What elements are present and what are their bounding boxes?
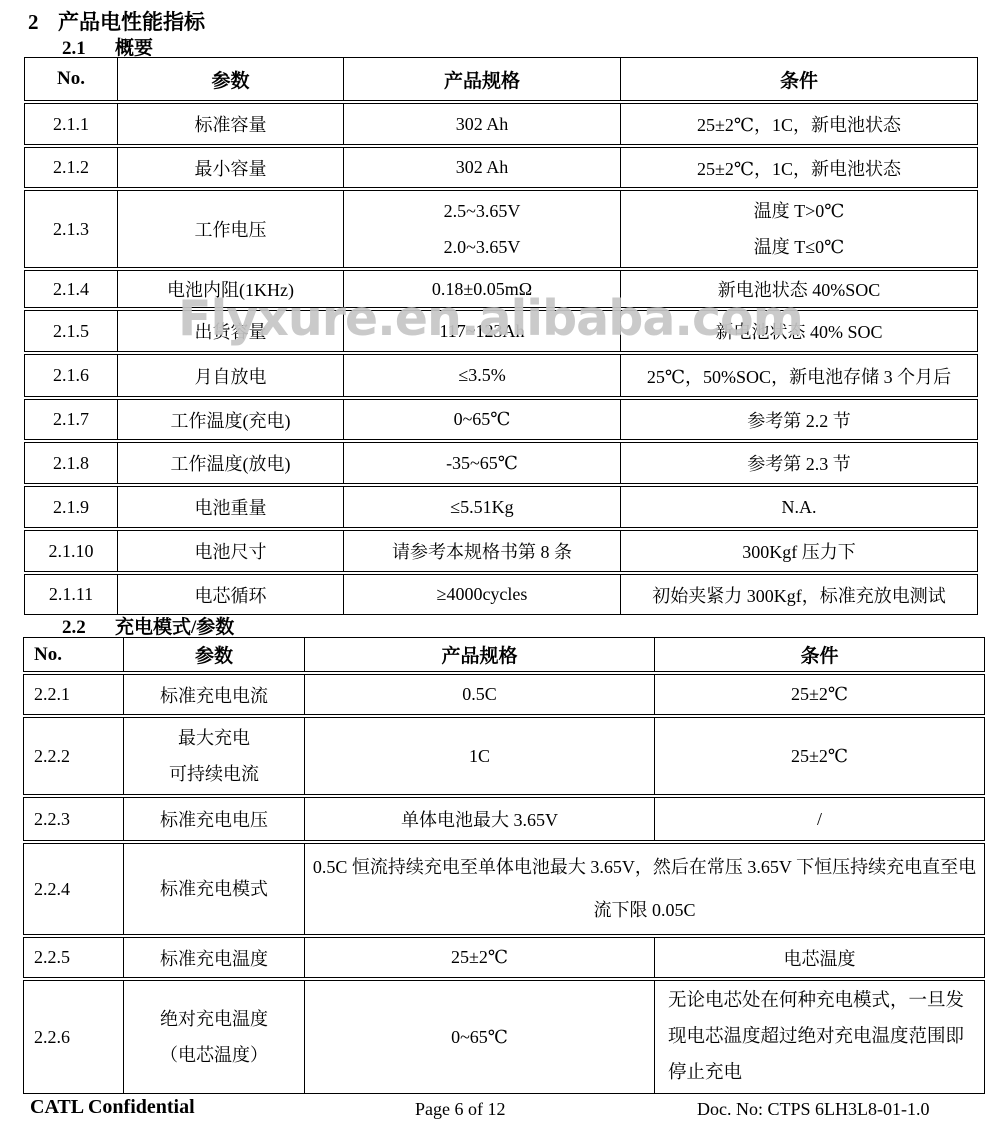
cell-cond: 25±2℃，1C，新电池状态 [621,147,978,188]
cell-no: 2.1.5 [24,310,118,352]
cell-param: 出货容量 [118,310,344,352]
cell-param: 月自放电 [118,354,344,397]
cell-cond: 25±2℃ [655,674,985,715]
cell-line: 最大充电 [129,720,299,756]
cell-cond: 电芯温度 [655,937,985,978]
cell-no: 2.2.4 [23,843,124,935]
cell-no: 2.2.5 [23,937,124,978]
summary-spec-table: No. 参数 产品规格 条件 2.1.1 标准容量 302 Ah 25±2℃，1… [24,55,978,617]
cell-param: 最小容量 [118,147,344,188]
column-header-spec: 产品规格 [305,637,655,672]
cell-line: 可持续电流 [129,756,299,792]
cell-no: 2.1.9 [24,486,118,528]
cell-spec: 1C [305,717,655,795]
cell-cond: 温度 T>0℃ 温度 T≤0℃ [621,190,978,268]
cell-spec: -35~65℃ [344,442,621,484]
cell-cond: 新电池状态 40% SOC [621,310,978,352]
cell-cond: 参考第 2.2 节 [621,399,978,440]
cell-param: 标准充电温度 [124,937,305,978]
cell-no: 2.2.6 [23,980,124,1094]
table-row: 2.1.1 标准容量 302 Ah 25±2℃，1C，新电池状态 [24,103,978,145]
cell-line: 2.0~3.65V [349,229,615,265]
cell-line: 2.5~3.65V [349,193,615,229]
cell-spec: 请参考本规格书第 8 条 [344,530,621,572]
cell-spec: 302 Ah [344,147,621,188]
column-header-param: 参数 [118,57,344,101]
table-row: 2.1.7 工作温度(充电) 0~65℃ 参考第 2.2 节 [24,399,978,440]
cell-spec: 25±2℃ [305,937,655,978]
cell-paragraph: 无论电芯处在何种充电模式，一旦发现电芯温度超过绝对充电温度范围即停止充电 [668,983,972,1091]
cell-cond: 25±2℃ [655,717,985,795]
cell-spec: 302 Ah [344,103,621,145]
cell-spec: 2.5~3.65V 2.0~3.65V [344,190,621,268]
cell-param: 标准充电模式 [124,843,305,935]
cell-no: 2.1.11 [24,574,118,615]
table-row: 2.1.2 最小容量 302 Ah 25±2℃，1C，新电池状态 [24,147,978,188]
cell-cond: 25±2℃，1C，新电池状态 [621,103,978,145]
cell-line: 温度 T≤0℃ [626,229,972,265]
cell-no: 2.2.3 [23,797,124,841]
cell-cond: N.A. [621,486,978,528]
cell-param: 电池尺寸 [118,530,344,572]
cell-param: 电芯循环 [118,574,344,615]
column-header-spec: 产品规格 [344,57,621,101]
cell-no: 2.2.1 [23,674,124,715]
column-header-no: No. [23,637,124,672]
cell-spec: 0.18±0.05mΩ [344,270,621,308]
cell-param: 绝对充电温度 （电芯温度） [124,980,305,1094]
cell-spec: ≥4000cycles [344,574,621,615]
cell-cond: / [655,797,985,841]
cell-param: 电池内阻(1KHz) [118,270,344,308]
table-header-row: No. 参数 产品规格 条件 [24,57,978,101]
table-row: 2.2.6 绝对充电温度 （电芯温度） 0~65℃ 无论电芯处在何种充电模式，一… [23,980,985,1094]
table-row: 2.1.6 月自放电 ≤3.5% 25℃，50%SOC，新电池存储 3 个月后 [24,354,978,397]
cell-line: 温度 T>0℃ [626,193,972,229]
cell-spec: 0.5C [305,674,655,715]
cell-param: 工作电压 [118,190,344,268]
cell-line: （电芯温度） [129,1037,299,1073]
footer-confidential-label: CATL Confidential [30,1096,195,1119]
table-row: 2.2.5 标准充电温度 25±2℃ 电芯温度 [23,937,985,978]
footer-page-number: Page 6 of 12 [415,1099,505,1120]
cell-spec-cond-merged: 0.5C 恒流持续充电至单体电池最大 3.65V，然后在常压 3.65V 下恒压… [305,843,985,935]
cell-param: 标准充电电压 [124,797,305,841]
table-row: 2.1.5 出货容量 117~123Ah 新电池状态 40% SOC [24,310,978,352]
cell-spec: 0~65℃ [305,980,655,1094]
column-header-param: 参数 [124,637,305,672]
cell-no: 2.1.8 [24,442,118,484]
cell-no: 2.1.1 [24,103,118,145]
column-header-cond: 条件 [655,637,985,672]
cell-no: 2.2.2 [23,717,124,795]
cell-param: 标准充电电流 [124,674,305,715]
table-row: 2.2.1 标准充电电流 0.5C 25±2℃ [23,674,985,715]
spec-document-page: 2产品电性能指标 2.1概要 No. 参数 产品规格 条件 2.1.1 标准容量… [0,0,1000,1126]
cell-param: 电池重量 [118,486,344,528]
cell-no: 2.1.10 [24,530,118,572]
cell-spec: 0~65℃ [344,399,621,440]
cell-param: 工作温度(放电) [118,442,344,484]
section-heading-2: 2产品电性能指标 [28,6,205,36]
table-header-row: No. 参数 产品规格 条件 [23,637,985,672]
cell-cond: 25℃，50%SOC，新电池存储 3 个月后 [621,354,978,397]
table-row: 2.1.3 工作电压 2.5~3.65V 2.0~3.65V 温度 T>0℃ 温… [24,190,978,268]
cell-cond: 初始夹紧力 300Kgf，标准充放电测试 [621,574,978,615]
table-row: 2.2.3 标准充电电压 单体电池最大 3.65V / [23,797,985,841]
table-row: 2.1.9 电池重量 ≤5.51Kg N.A. [24,486,978,528]
cell-cond: 参考第 2.3 节 [621,442,978,484]
cell-spec: ≤5.51Kg [344,486,621,528]
cell-spec: ≤3.5% [344,354,621,397]
table-row: 2.1.8 工作温度(放电) -35~65℃ 参考第 2.3 节 [24,442,978,484]
cell-cond: 无论电芯处在何种充电模式，一旦发现电芯温度超过绝对充电温度范围即停止充电 [655,980,985,1094]
table-row: 2.2.2 最大充电 可持续电流 1C 25±2℃ [23,717,985,795]
cell-no: 2.1.4 [24,270,118,308]
cell-cond: 300Kgf 压力下 [621,530,978,572]
cell-line: 绝对充电温度 [129,1001,299,1037]
cell-no: 2.1.6 [24,354,118,397]
table-row: 2.1.4 电池内阻(1KHz) 0.18±0.05mΩ 新电池状态 40%SO… [24,270,978,308]
cell-param: 工作温度(充电) [118,399,344,440]
cell-param: 标准容量 [118,103,344,145]
table-row: 2.1.11 电芯循环 ≥4000cycles 初始夹紧力 300Kgf，标准充… [24,574,978,615]
section-title: 产品电性能指标 [58,10,205,34]
cell-no: 2.1.7 [24,399,118,440]
section-number: 2 [28,10,58,35]
cell-no: 2.1.2 [24,147,118,188]
cell-param: 最大充电 可持续电流 [124,717,305,795]
cell-spec: 117~123Ah [344,310,621,352]
cell-no: 2.1.3 [24,190,118,268]
table-row: 2.2.4 标准充电模式 0.5C 恒流持续充电至单体电池最大 3.65V，然后… [23,843,985,935]
cell-spec: 单体电池最大 3.65V [305,797,655,841]
charging-spec-table: No. 参数 产品规格 条件 2.2.1 标准充电电流 0.5C 25±2℃ 2… [23,635,985,1096]
table-row: 2.1.10 电池尺寸 请参考本规格书第 8 条 300Kgf 压力下 [24,530,978,572]
column-header-cond: 条件 [621,57,978,101]
cell-cond: 新电池状态 40%SOC [621,270,978,308]
column-header-no: No. [24,57,118,101]
footer-doc-number: Doc. No: CTPS 6LH3L8-01-1.0 [697,1099,930,1120]
